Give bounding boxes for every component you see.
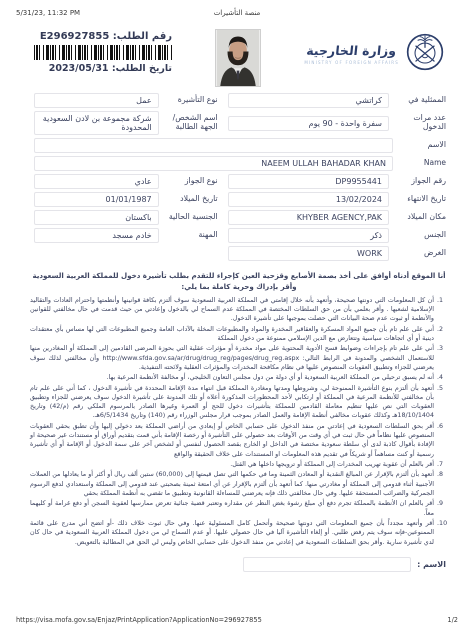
birth-place-value: KHYBER AGENCY,PAK (228, 210, 389, 225)
field-sponsor: اسم الشخص/الجهة الطالبة شركة مجموعة بن ل… (34, 111, 218, 135)
form-row-passport: رقم الجواز DP9955441 نوع الجواز عادي (34, 174, 446, 189)
form-row-mission-visatype: الممثلية في كراتشي نوع التأشيرة عمل (34, 93, 446, 108)
field-gender: الجنس ذكر (228, 228, 446, 243)
passport-type-value: عادي (34, 174, 159, 189)
request-block: رقم الطلب: E296927855 تاريخ الطلب: 2023/… (34, 31, 172, 74)
declaration-item: أقر بحق السلطات السعودية في إعادتي من من… (30, 422, 435, 459)
field-purpose: الغرض WORK (228, 246, 446, 261)
print-header: 5/31/23, 11:32 PM منصة التأشيرات (0, 0, 474, 17)
visa-type-value: عمل (34, 93, 159, 108)
name-en-value: NAEEM ULLAH BAHADAR KHAN (34, 156, 393, 171)
occupation-label: المهنة (164, 231, 218, 240)
field-occupation: المهنة خادم مسجد (34, 228, 218, 243)
form-row-gender-occupation: الجنس ذكر المهنة خادم مسجد (34, 228, 446, 243)
declaration-item: أتعهد بأن ألتزم بالإقرار عن المبالغ النق… (30, 470, 435, 498)
birth-date-value: 01/01/1987 (34, 192, 159, 207)
request-barcode (34, 45, 172, 60)
birth-place-label: مكان الميلاد (394, 213, 446, 222)
field-birth-place: مكان الميلاد KHYBER AGENCY,PAK (228, 210, 446, 225)
ministry-logo: وزارة الخارجية MINISTRY OF FOREIGN AFFAI… (304, 31, 446, 77)
expiry-date-label: تاريخ الانتهاء (394, 195, 446, 204)
visa-type-label: نوع التأشيرة (164, 96, 218, 105)
ministry-caption: MINISTRY OF FOREIGN AFFAIRS (304, 60, 399, 65)
expiry-date-value: 13/02/2024 (228, 192, 389, 207)
passport-number-value: DP9955441 (228, 174, 389, 189)
form-row-purpose: الغرض WORK (34, 246, 446, 261)
declaration-item: أنه لم يسبق ترحيلي من المملكة العربية ال… (30, 373, 435, 382)
field-expiry-date: تاريخ الانتهاء 13/02/2024 (228, 192, 446, 207)
passport-number-label: رقم الجواز (394, 177, 446, 186)
field-passport-type: نوع الجواز عادي (34, 174, 218, 189)
request-date: تاريخ الطلب: 2023/05/31 (34, 63, 172, 74)
applicant-photo (215, 29, 261, 87)
ministry-logo-text: وزارة الخارجية MINISTRY OF FOREIGN AFFAI… (304, 43, 399, 65)
ministry-emblem-icon (404, 31, 446, 77)
gender-label: الجنس (394, 231, 446, 240)
nationality-value: باكستان (34, 210, 159, 225)
field-name-en: Name NAEEM ULLAH BAHADAR KHAN (34, 156, 446, 171)
field-nationality: الجنسية الحالية باكستان (34, 210, 218, 225)
mission-value: كراتشي (228, 93, 389, 108)
field-visa-type: نوع التأشيرة عمل (34, 93, 218, 108)
declaration-item: أن كل المعلومات التي دونتها صحيحة، وأتعه… (30, 296, 435, 324)
print-datetime: 5/31/23, 11:32 PM (16, 9, 80, 17)
document-header: وزارة الخارجية MINISTRY OF FOREIGN AFFAI… (0, 17, 474, 87)
field-mission: الممثلية في كراتشي (228, 93, 446, 108)
sponsor-label: اسم الشخص/الجهة الطالبة (164, 114, 218, 132)
purpose-value: WORK (228, 246, 389, 261)
signature-name-value (243, 557, 411, 572)
birth-date-label: تاريخ الميلاد (164, 195, 218, 204)
name-en-label: Name (398, 159, 446, 168)
declaration-item: أني على علم تام بأن جميع المواد المسكرة … (30, 325, 435, 344)
declaration-list: أن كل المعلومات التي دونتها صحيحة، وأتعه… (30, 296, 446, 547)
declaration-item: أني على علم تام بإجراءات وضوابط فسح الأد… (30, 344, 435, 372)
visa-application-page: 5/31/23, 11:32 PM منصة التأشيرات وزارة ا… (0, 0, 474, 632)
entries-label: عدد مرات الدخول (394, 114, 446, 132)
name-ar-value (34, 138, 393, 153)
form-row-dates: تاريخ الانتهاء 13/02/2024 تاريخ الميلاد … (34, 192, 446, 207)
signature-name-label: الاسم : (417, 560, 446, 569)
footer-page-number: 1/2 (447, 616, 458, 624)
footer-url: https://visa.mofa.gov.sa/Enjaz/PrintAppl… (16, 616, 262, 624)
declaration-item: أقر وأتعهد مجدداً بأن جميع المعلومات الت… (30, 519, 435, 547)
occupation-value: خادم مسجد (34, 228, 159, 243)
form-row-entries-sponsor: عدد مرات الدخول سفرة واحدة - 90 يوم اسم … (34, 111, 446, 135)
mission-label: الممثلية في (394, 96, 446, 105)
field-passport-number: رقم الجواز DP9955441 (228, 174, 446, 189)
signature-row: الاسم : (0, 548, 474, 572)
print-footer: https://visa.mofa.gov.sa/Enjaz/PrintAppl… (16, 616, 458, 624)
name-ar-label: الاسم (398, 141, 446, 150)
request-number: رقم الطلب: E296927855 (34, 31, 172, 42)
declaration-intro: أنا الموقع أدناه أوافق على أخذ بصمة الأص… (28, 270, 450, 293)
form-row-birthplace-nationality: مكان الميلاد KHYBER AGENCY,PAK الجنسية ا… (34, 210, 446, 225)
gender-value: ذكر (228, 228, 389, 243)
declaration-item: أتعهد بأن ألتزم بنوع التأشيرة الممنوحة ل… (30, 384, 435, 421)
declaration-item: أقر بالعلم ان الأنظمة بالمملكة تجرم دفع … (30, 499, 435, 518)
ministry-name: وزارة الخارجية (304, 43, 400, 58)
field-entries: عدد مرات الدخول سفرة واحدة - 90 يوم (228, 111, 446, 135)
form-row-name-ar: الاسم (34, 138, 446, 153)
sponsor-value: شركة مجموعة بن لادن السعودية المحدودة (34, 111, 159, 135)
nationality-label: الجنسية الحالية (164, 213, 218, 222)
page-title: منصة التأشيرات (214, 9, 261, 17)
application-form: الممثلية في كراتشي نوع التأشيرة عمل عدد … (0, 87, 474, 261)
field-name-ar: الاسم (34, 138, 446, 153)
entries-value: سفرة واحدة - 90 يوم (228, 116, 389, 131)
purpose-label: الغرض (394, 249, 446, 258)
field-birth-date: تاريخ الميلاد 01/01/1987 (34, 192, 218, 207)
form-row-name-en: Name NAEEM ULLAH BAHADAR KHAN (34, 156, 446, 171)
passport-type-label: نوع الجواز (164, 177, 218, 186)
declaration-item: أقر بالعلم أن عقوبة تهريب المخدرات إلى ا… (30, 460, 435, 469)
